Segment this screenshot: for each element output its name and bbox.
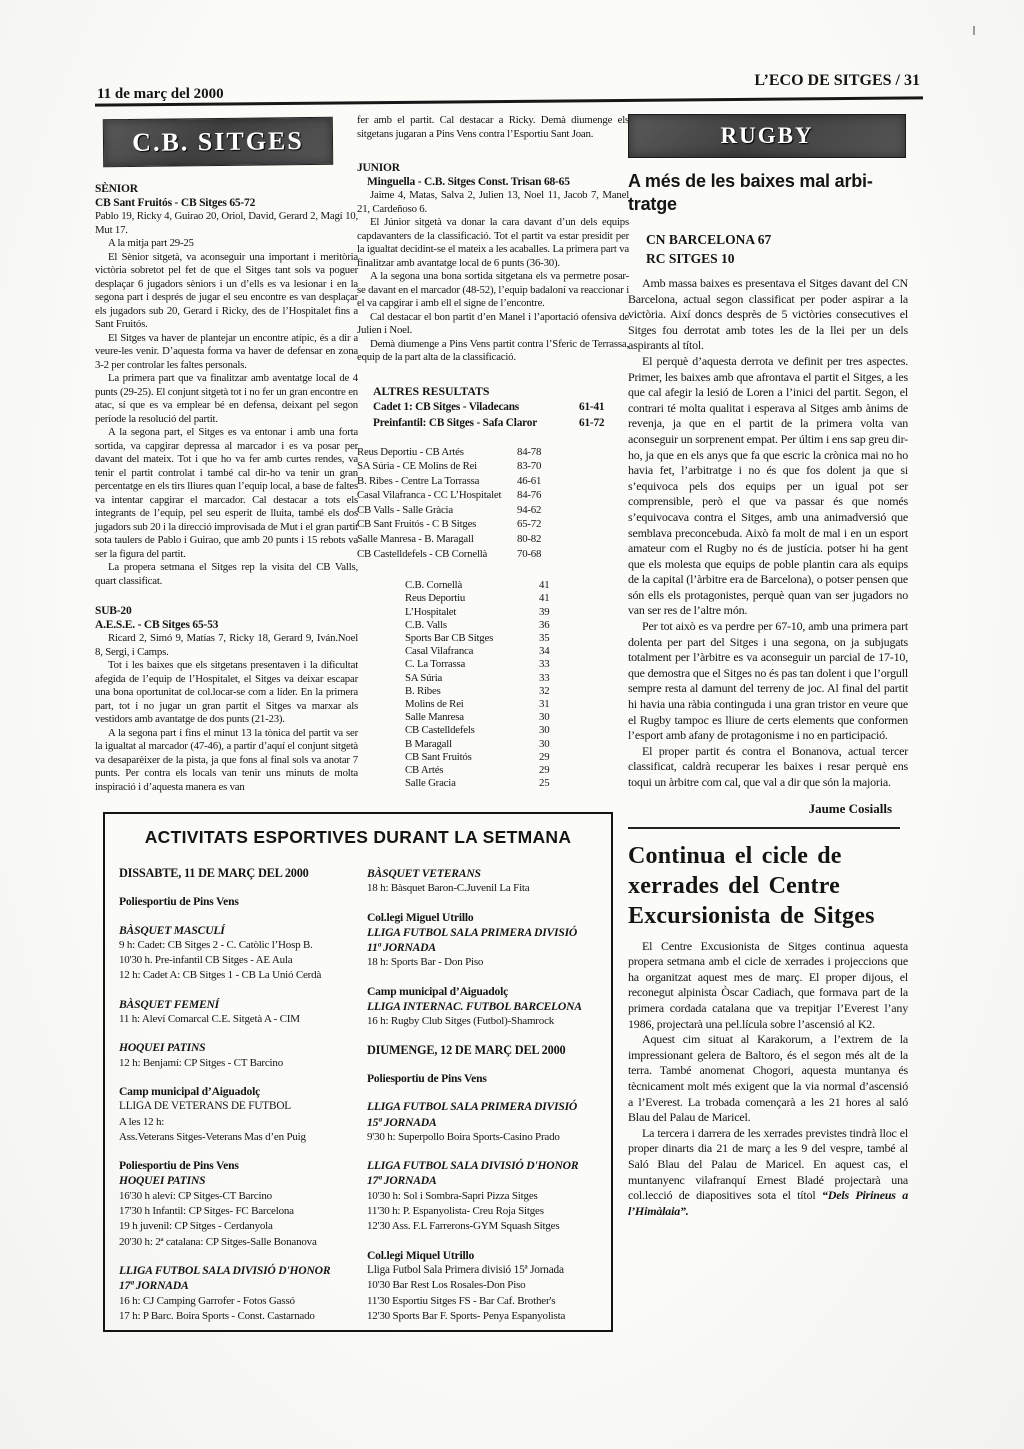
activities-left-column: DISSABTE, 11 DE MARÇ DEL 2000 Poliesport… [119,866,367,1324]
schedule-day-header: DISSABTE, 11 DE MARÇ DEL 2000 [119,866,367,881]
standings-team: C.B. Cornellà [405,579,539,592]
altres-resultats: ALTRES RESULTATS Cadet 1: CB Sitges - Vi… [373,383,629,431]
sub20-result: A.E.S.E. - CB Sitges 65-53 [95,618,358,632]
result-score: 70-68 [517,547,541,562]
standings-row: Salle Gracia25 [405,777,629,790]
standings-points: 29 [539,751,549,764]
altres-row: Cadet 1: CB Sitges - Viladecans 61-41 [373,399,629,415]
altres-heading: ALTRES RESULTATS [373,383,629,399]
schedule-league: 15ª JORNADA [367,1115,605,1130]
schedule-line: 17'30 h Infantil: CP Sitges- FC Barcelon… [119,1204,367,1219]
schedule-line: 10'30 Bar Rest Los Rosales-Don Piso [367,1278,605,1293]
schedule-line: 12'30 Sports Bar F. Sports- Penya Espany… [367,1309,605,1324]
schedule-league: BÀSQUET MASCULÍ [119,923,367,938]
standings-team: CB Artés [405,764,539,777]
standings-row: SA Súria33 [405,672,629,685]
junior-heading: JUNIOR [357,161,629,175]
rugby-byline: Jaume Cosialls [628,801,908,817]
standings-team: C. La Torrassa [405,658,539,671]
schedule-line: 10'30 h: Sol i Sombra-Sapri Pizza Sitges [367,1189,605,1204]
activities-right-column: BÀSQUET VETERANS 18 h: Bàsquet Baron-C.J… [367,866,605,1324]
schedule-line: 19 h juvenil: CP Sitges - Cerdanyola [119,1219,367,1234]
result-row: SA Súria - CE Molins de Rei83-70 [357,459,629,474]
schedule-league: Lliga Futbol Sala Primera divisió 15ª Jo… [367,1263,605,1278]
newspaper-page: 11 de març del 2000 L’ECO DE SITGES / 31… [0,0,1024,1449]
standings-row: CB Sant Fruitós29 [405,751,629,764]
altres-label: Cadet 1: CB Sitges - Viladecans [373,399,579,415]
altres-score: 61-41 [579,399,604,415]
schedule-league: 17ª JORNADA [367,1173,605,1188]
rugby-article-body: Amb massa baixes es presentava el Sitges… [628,276,908,791]
column-rugby: RUGBY A més de les baixes mal arbi-tratg… [628,114,908,1219]
standings-points: 30 [539,724,549,737]
result-row: Casal Vilafranca - CC L’Hospitalet84-76 [357,488,629,503]
junior-section: JUNIOR Minguella - C.B. Sitges Const. Tr… [357,161,629,365]
junior-paragraph: Demà diumenge a Pins Vens partit contra … [357,338,629,365]
standings-team: Salle Manresa [405,711,539,724]
schedule-league: LLIGA FUTBOL SALA PRIMERA DIVISIÓ [367,1099,605,1114]
standings-points: 31 [539,698,549,711]
schedule-venue: Col.legi Miquel Utrillo [367,1248,605,1263]
schedule-line: 12'30 Ass. F.L Farrerons-GYM Squash Sitg… [367,1219,605,1234]
rugby-score-away: RC SITGES 10 [646,249,908,268]
result-match: B. Ribes - Centre La Torrassa [357,474,517,489]
sub20-heading: SUB-20 [95,604,358,618]
schedule-league: BÀSQUET VETERANS [367,866,605,881]
rugby-paragraph: El perquè d’aquesta derrota ve definit p… [628,354,908,619]
schedule-league: LLIGA FUTBOL SALA PRIMERA DIVISIÓ [367,925,605,940]
result-match: Reus Deportiu - CB Artés [357,445,517,460]
standings-row: Molins de Rei31 [405,698,629,711]
rugby-paragraph: El proper partit és contra el Bonanova, … [628,744,908,791]
standings-team: Reus Deportiu [405,592,539,605]
rugby-score-home: CN BARCELONA 67 [646,230,908,249]
schedule-line: A les 12 h: [119,1115,367,1130]
standings-points: 34 [539,645,549,658]
standings-points: 33 [539,658,549,671]
standings-points: 39 [539,606,549,619]
schedule-league: 17ª JORNADA [119,1278,367,1293]
schedule-line: 9 h: Cadet: CB Sitges 2 - C. Catòlic l’H… [119,938,367,953]
rugby-paragraph: Per tot això es va perdre per 67-10, amb… [628,619,908,744]
altres-score: 61-72 [579,415,604,431]
excursionista-paragraph: Aquest cim situat al Karakorum, a l’extr… [628,1032,908,1126]
standings-points: 30 [539,738,549,751]
senior-paragraph: A la segona part, el Sitges es va entona… [95,426,358,561]
sub20-section: SUB-20 A.E.S.E. - CB Sitges 65-53 Ricard… [95,604,358,794]
schedule-line: 18 h: Bàsquet Baron-C.Juvenil La Fita [367,881,605,896]
junior-result: Minguella - C.B. Sitges Const. Trisan 68… [357,175,629,189]
standings-row: C. La Torrassa33 [405,658,629,671]
schedule-league: LLIGA FUTBOL SALA DIVISIÓ D'HONOR [367,1158,605,1173]
junior-paragraph: Cal destacar el bon partit d’en Manel i … [357,311,629,338]
schedule-line: 20'30 h: 2ª catalana: CP Sitges-Salle Bo… [119,1235,367,1250]
rugby-score-block: CN BARCELONA 67 RC SITGES 10 [646,230,908,268]
schedule-venue: Poliesportiu de Pins Vens [119,1158,367,1173]
result-match: CB Castelldefels - CB Cornellà [357,547,517,562]
issue-date: 11 de març del 2000 [97,86,224,103]
round-results-list: Reus Deportiu - CB Artés84-78 SA Súria -… [357,445,629,562]
standings-team: Casal Vilafranca [405,645,539,658]
standings-team: B. Ribes [405,685,539,698]
sub20-paragraph: A la segona part i fins el minut 13 la t… [95,727,358,795]
result-score: 94-62 [517,503,541,518]
standings-points: 33 [539,672,549,685]
schedule-venue: Poliesportiu de Pins Vens [367,1071,605,1086]
schedule-line: 11 h: Aleví Comarcal C.E. Sitgetà A - CI… [119,1012,367,1027]
standings-table: C.B. Cornellà41 Reus Deportiu41 L’Hospit… [405,579,629,790]
senior-continuation: fer amb el partit. Cal destacar a Ricky.… [357,114,629,141]
altres-row: Preinfantil: CB Sitges - Safa Claror 61-… [373,415,629,431]
excursionista-paragraph: La tercera i darrera de les xerrades pre… [628,1126,908,1220]
result-row: CB Valls - Salle Gràcia94-62 [357,503,629,518]
sub20-paragraph: Tot i les baixes que els sitgetans prese… [95,659,358,727]
schedule-line: 10'30 h. Pre-infantil CB Sitges - AE Aul… [119,953,367,968]
junior-paragraph: El Júnior sitgetà va donar la cara davan… [357,216,629,270]
junior-paragraph: A la segona una bona sortida sitgetana e… [357,270,629,311]
standings-row: B Maragall30 [405,738,629,751]
result-match: Salle Manresa - B. Maragall [357,532,517,547]
article-divider-rule [628,827,900,829]
schedule-line: 12 h: Benjamí: CP Sitges - CT Barcino [119,1056,367,1071]
standings-points: 30 [539,711,549,724]
result-match: CB Sant Fruitós - C B Sitges [357,517,517,532]
standings-row: L’Hospitalet39 [405,606,629,619]
junior-players: Jaime 4, Matas, Salva 2, Julien 13, Noel… [357,189,629,216]
standings-row: Casal Vilafranca34 [405,645,629,658]
schedule-line: 9'30 h: Superpollo Boira Sports-Casino P… [367,1130,605,1145]
schedule-line: 11'30 Esportiu Sitges FS - Bar Caf. Brot… [367,1294,605,1309]
weekly-sports-activities-box: ACTIVITATS ESPORTIVES DURANT LA SETMANA … [103,812,613,1332]
excursionista-headline: Continua el cicle de xerrades del Centre… [628,841,908,931]
standings-row: Sports Bar CB Sitges35 [405,632,629,645]
activities-title: ACTIVITATS ESPORTIVES DURANT LA SETMANA [105,827,611,848]
schedule-line: 16 h: Rugby Club Sitges (Futbol)-Shamroc… [367,1014,605,1029]
standings-team: B Maragall [405,738,539,751]
schedule-line: 16'30 h aleví: CP Sitges-CT Barcino [119,1189,367,1204]
result-row: CB Castelldefels - CB Cornellà70-68 [357,547,629,562]
senior-paragraph: La primera part que va finalitzar amb av… [95,372,358,426]
standings-points: 25 [539,777,549,790]
masthead-page-number: L’ECO DE SITGES / 31 [754,72,920,90]
altres-label: Preinfantil: CB Sitges - Safa Claror [373,415,579,431]
standings-team: C.B. Valls [405,619,539,632]
standings-team: Sports Bar CB Sitges [405,632,539,645]
standings-row: CB Artés29 [405,764,629,777]
continuation-text: fer amb el partit. Cal destacar a Ricky.… [357,114,629,141]
standings-row: Reus Deportiu41 [405,592,629,605]
senior-paragraph: La propera setmana el Sitges rep la visi… [95,561,358,588]
senior-paragraph: El Sitges va haver de plantejar un encon… [95,332,358,373]
standings-points: 35 [539,632,549,645]
standings-row: C.B. Cornellà41 [405,579,629,592]
standings-team: Molins de Rei [405,698,539,711]
result-score: 65-72 [517,517,541,532]
standings-points: 29 [539,764,549,777]
excursionista-paragraph: El Centre Excusionista de Sitges continu… [628,939,908,1033]
section-banner-rugby: RUGBY [628,114,906,158]
standings-row: C.B. Valls36 [405,619,629,632]
result-row: Reus Deportiu - CB Artés84-78 [357,445,629,460]
schedule-league: LLIGA DE VETERANS DE FUTBOL [119,1099,367,1114]
rugby-paragraph: Amb massa baixes es presentava el Sitges… [628,276,908,354]
standings-team: CB Castelldefels [405,724,539,737]
standings-points: 41 [539,592,549,605]
schedule-day-header: DIUMENGE, 12 DE MARÇ DEL 2000 [367,1043,605,1058]
result-row: CB Sant Fruitós - C B Sitges65-72 [357,517,629,532]
senior-heading: SÈNIOR [95,182,358,196]
standings-row: B. Ribes32 [405,685,629,698]
schedule-line: 17 h: P Barc. Boira Sports - Const. Cast… [119,1309,367,1324]
schedule-league: LLIGA FUTBOL SALA DIVISIÓ D'HONOR [119,1263,367,1278]
schedule-venue: Col.legi Miguel Utrillo [367,910,605,925]
section-banner-cb-sitges: C.B. SITGES [103,117,333,167]
result-match: SA Súria - CE Molins de Rei [357,459,517,474]
standings-team: SA Súria [405,672,539,685]
senior-players: Pablo 19, Ricky 4, Guirao 20, Oriol, Dav… [95,210,358,237]
schedule-line: 12 h: Cadet A: CB Sitges 1 - CB La Unió … [119,968,367,983]
result-row: Salle Manresa - B. Maragall80-82 [357,532,629,547]
standings-row: Salle Manresa30 [405,711,629,724]
senior-halftime: A la mitja part 29-25 [95,237,358,251]
column-basketball-middle: fer amb el partit. Cal destacar a Ricky.… [357,114,629,791]
standings-team: L’Hospitalet [405,606,539,619]
result-match: CB Valls - Salle Gràcia [357,503,517,518]
schedule-league: BÀSQUET FEMENÍ [119,997,367,1012]
senior-paragraph: El Sènior sitgetà, va aconseguir una imp… [95,251,358,332]
excursionista-article-body: El Centre Excusionista de Sitges continu… [628,939,908,1220]
result-score: 80-82 [517,532,541,547]
sub20-players: Ricard 2, Simó 9, Matías 7, Ricky 18, Ge… [95,632,358,659]
schedule-line: 11'30 h: P. Espanyolista- Creu Roja Sitg… [367,1204,605,1219]
standings-points: 36 [539,619,549,632]
column-cb-sitges: C.B. SITGES SÈNIOR CB Sant Fruitós - CB … [95,118,358,794]
schedule-league: HOQUEI PATINS [119,1173,367,1188]
standings-row: CB Castelldefels30 [405,724,629,737]
senior-result: CB Sant Fruitós - CB Sitges 65-72 [95,196,358,210]
result-score: 84-76 [517,488,541,503]
standings-points: 41 [539,579,549,592]
schedule-venue: Camp municipal d’Aiguadolç [119,1084,367,1099]
schedule-league: LLIGA INTERNAC. FUTBOL BARCELONA [367,999,605,1014]
schedule-league: 11ª JORNADA [367,940,605,955]
result-score: 84-78 [517,445,541,460]
schedule-line: Ass.Veterans Sitges-Veterans Mas d’en Pu… [119,1130,367,1145]
standings-team: Salle Gracia [405,777,539,790]
scan-artifact [973,26,975,35]
result-match: Casal Vilafranca - CC L’Hospitalet [357,488,517,503]
schedule-venue: Camp municipal d’Aiguadolç [367,984,605,999]
rugby-headline: A més de les baixes mal arbi-tratge [628,170,908,216]
schedule-line: 16 h: CJ Camping Garrofer - Fotos Gassó [119,1294,367,1309]
senior-section: SÈNIOR CB Sant Fruitós - CB Sitges 65-72… [95,182,358,588]
result-row: B. Ribes - Centre La Torrassa46-61 [357,474,629,489]
result-score: 46-61 [517,474,541,489]
result-score: 83-70 [517,459,541,474]
schedule-venue: Poliesportiu de Pins Vens [119,894,367,909]
standings-team: CB Sant Fruitós [405,751,539,764]
schedule-league: HOQUEI PATINS [119,1040,367,1055]
schedule-line: 18 h: Sports Bar - Don Piso [367,955,605,970]
standings-points: 32 [539,685,549,698]
